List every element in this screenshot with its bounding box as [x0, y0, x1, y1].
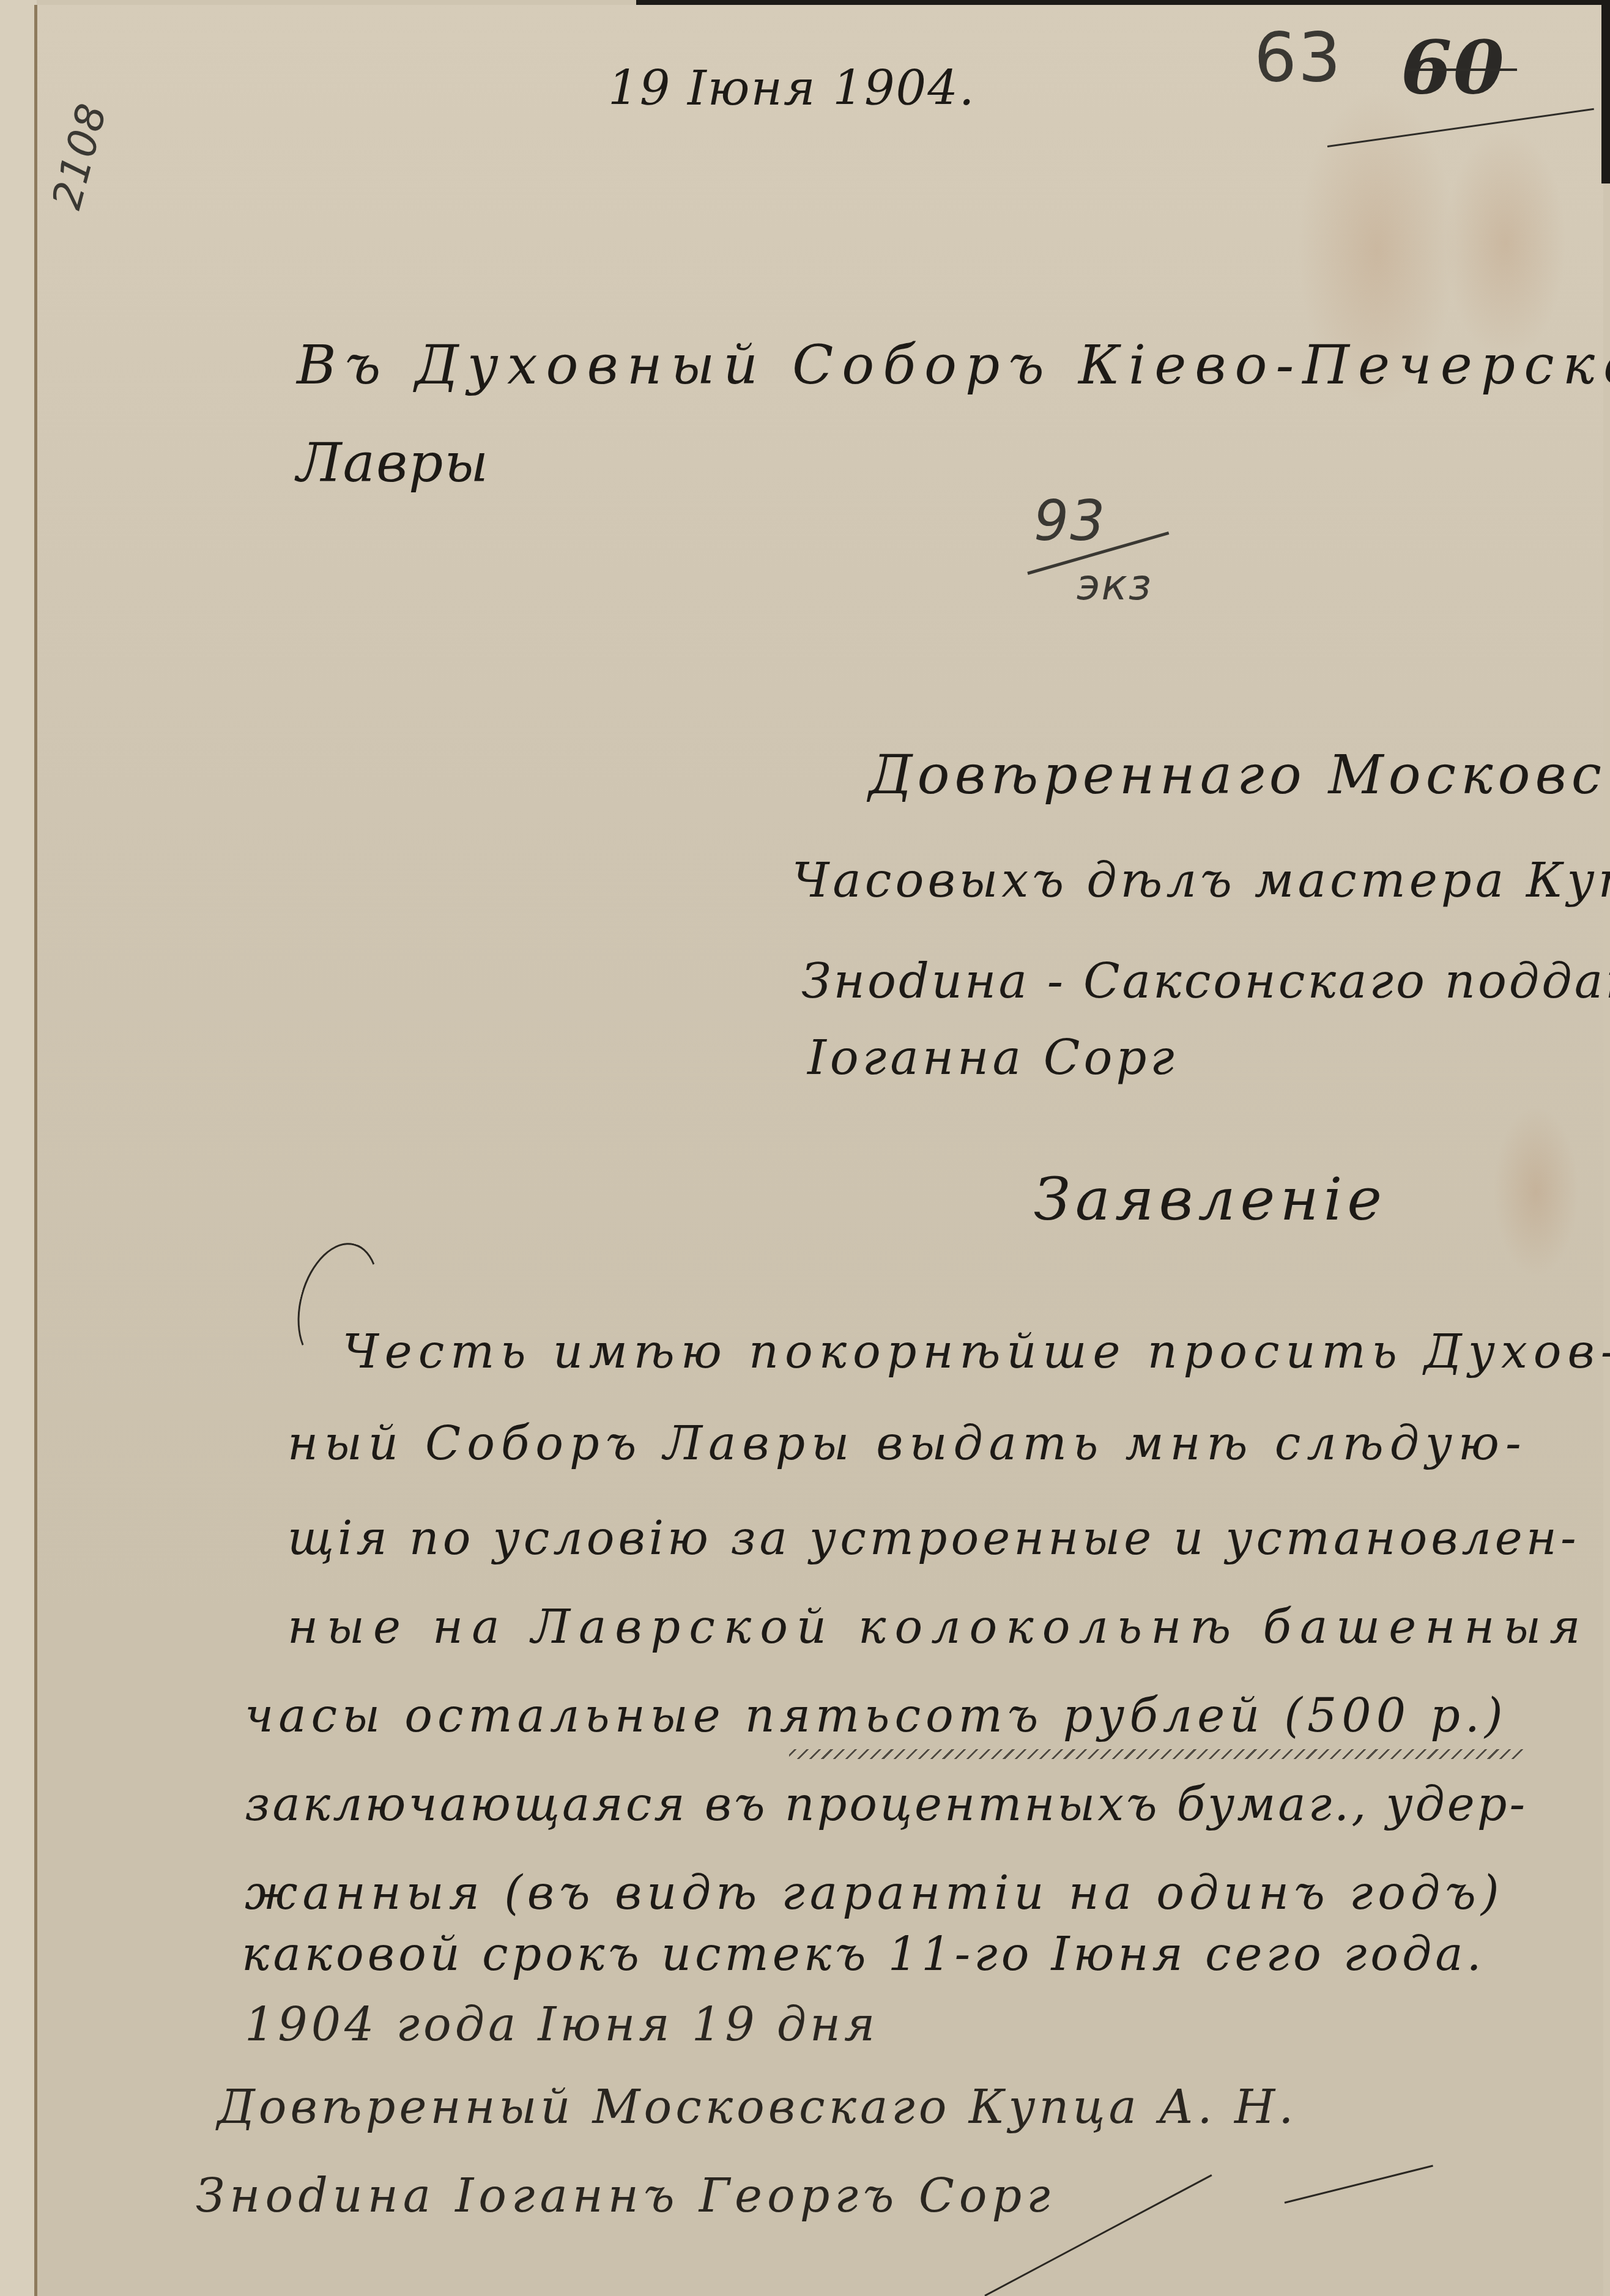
body-line-6: заключающаяся въ процентныхъ бумаг., уде…: [245, 1777, 1527, 1831]
document-date: 19 Іюня 1904.: [608, 61, 976, 116]
body-line-9: 1904 года Іюня 19 дня: [245, 1997, 878, 2051]
addressee-line-2: Лавры: [297, 431, 489, 494]
sender-line-2: Часовыхъ дѣлъ мастера Купца: [792, 853, 1610, 908]
signature-line-1: Довѣренный Московскаго Купца А. Н.: [217, 2079, 1297, 2134]
body-line-2: ный Соборъ Лавры выдать мнѣ слѣдую-: [287, 1416, 1527, 1470]
sender-line-3: Зноdина - Саксонскаго подданнаго: [801, 954, 1610, 1009]
underlying-page-edge: [0, 0, 37, 2296]
scan-border-right: [1601, 0, 1610, 183]
body-line-8: каковой срокъ истекъ 11-го Іюня сего год…: [242, 1927, 1485, 1981]
amount-underline: [789, 1749, 1523, 1759]
sender-line-1: Довѣреннаго Московскаго: [869, 743, 1610, 806]
body-line-7: жанныя (въ видѣ гарантіи на одинъ годъ): [245, 1865, 1504, 1920]
signature-line-2: Зноdина Іоганнъ Георгъ Сорг: [196, 2168, 1055, 2223]
addressee-line-1: Въ Духовный Соборъ Кіево-Печерской: [297, 333, 1610, 396]
paper-stain: [1493, 1106, 1579, 1277]
body-line-5: часы остальные пятьсотъ рублей (500 р.): [245, 1688, 1508, 1742]
scan-border-top: [636, 0, 1610, 5]
folio-number: 63: [1254, 18, 1342, 97]
document-title: Заявленіе: [1034, 1165, 1387, 1234]
sender-line-4: Іоганна Сорг: [807, 1031, 1178, 1086]
paper-stain: [1444, 127, 1567, 360]
body-line-3: щія по условію за устроенные и установле…: [287, 1511, 1580, 1565]
folio-number-crossed: 60: [1401, 24, 1505, 111]
strike-through: [1407, 69, 1517, 71]
registry-number: 93: [1034, 489, 1107, 554]
registry-label: экз: [1077, 560, 1152, 610]
body-line-4: ные на Лаврской колокольнѣ башенныя: [287, 1599, 1589, 1654]
body-line-1: Честь имѣю покорнѣйше просить Духов-: [343, 1324, 1610, 1379]
